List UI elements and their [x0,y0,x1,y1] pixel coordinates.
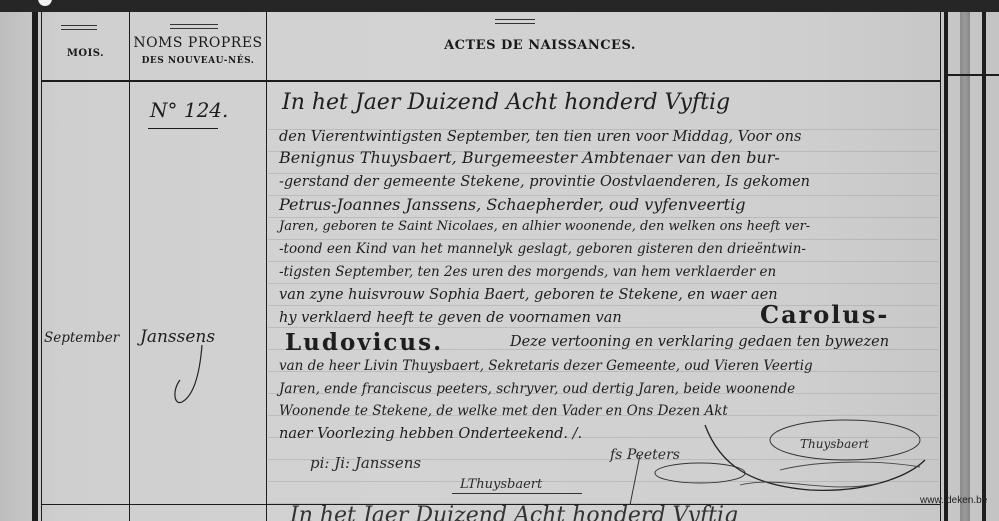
given-name-2: Ludovicus. [285,329,443,356]
page-gutter [960,12,970,521]
act-line-2: den Vierentwintigsten September, ten tie… [279,129,801,145]
left-border-thin [41,12,42,521]
right-border-thick [944,12,948,521]
right-border-thin [940,12,941,521]
entry-number-underline [148,128,218,129]
watermark: www.ideken.be [920,495,987,506]
act-line-5: Petrus-Joannes Janssens, Schaepherder, o… [279,195,745,214]
act-line-1: In het Jaer Duizend Acht honderd Vyftig [282,90,730,115]
left-border-thick [32,12,38,521]
header-names-line1: NOMS PROPRES [130,35,266,51]
header-ornament-acts [495,19,535,24]
header-names-line2: DES NOUVEAU-NÉS. [130,56,266,66]
window-control-icon[interactable] [38,0,52,6]
act-line-4: -gerstand der gemeente Stekene, provinti… [279,174,810,190]
signature-secretary-underline [452,493,582,494]
given-name-1: Carolus- [760,300,889,329]
adjacent-page-border [982,12,986,521]
act-line-7: -toond een Kind van het mannelyk geslagt… [279,241,806,257]
act-line-10: hy verklaerd heeft te geven de voornamen… [279,310,622,326]
surname-flourish [170,340,210,410]
next-entry-partial: In het Jaer Duizend Acht honderd Vyftig [290,503,738,521]
header-acts: ACTES DE NAISSANCES. [420,38,660,53]
act-line-6: Jaren, geboren te Saint Nicolaes, en alh… [279,219,810,234]
signature-secretary: LThuysbaert [460,477,542,492]
column-divider-names [266,12,267,521]
act-line-15: naer Voorlezing hebben Onderteekend. /. [279,426,582,442]
act-line-8: -tigsten September, ten 2es uren des mor… [279,264,776,280]
window-top-bar [0,0,999,12]
act-line-11: Deze vertooning en verklaring gedaen ten… [510,334,889,350]
act-line-13: Jaren, ende franciscus peeters, schryver… [279,381,795,397]
header-bottom-rule [42,80,940,82]
column-divider-month [129,12,130,521]
act-line-12: van de heer Livin Thuysbaert, Sekretaris… [279,358,813,374]
signature-father: pi: Ji: Janssens [310,454,421,472]
header-ornament-names [170,24,218,29]
header-ornament-month [61,25,97,30]
adjacent-page-rule [948,74,999,76]
entry-month: September [44,330,119,346]
act-line-3: Benignus Thuysbaert, Burgemeester Ambten… [279,148,780,167]
signature-flourishes [580,405,940,505]
entry-number: N° 124. [150,98,228,122]
act-line-9: van zyne huisvrouw Sophia Baert, geboren… [279,287,778,303]
header-month: MOIS. [42,48,129,59]
